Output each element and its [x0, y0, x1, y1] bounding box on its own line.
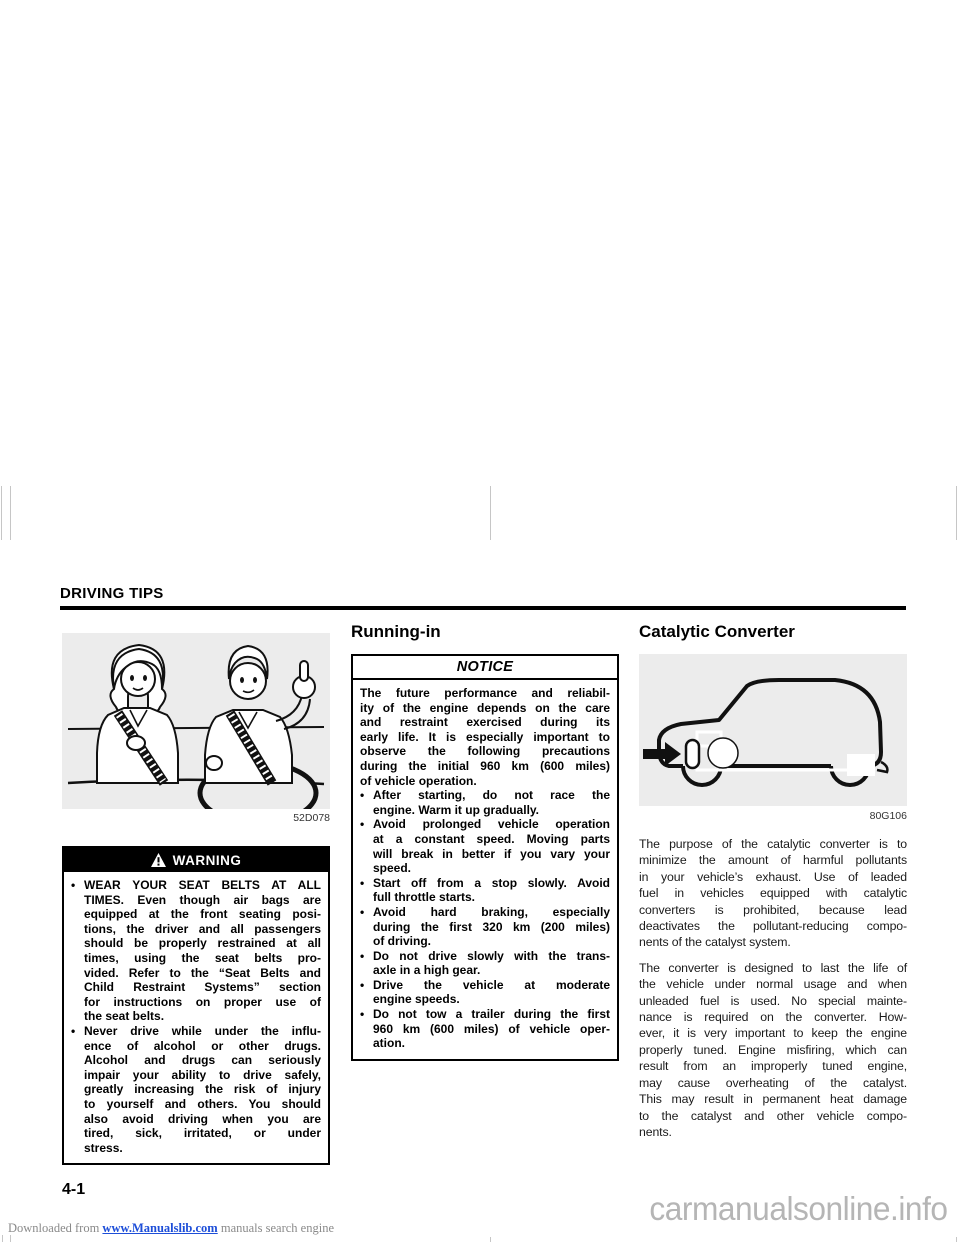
notice-bullet: • Do not tow a trailer during the first9…	[360, 1007, 610, 1051]
bullet-text: Avoid prolonged vehicle operationat a co…	[373, 817, 610, 875]
crop-mark	[10, 1235, 11, 1242]
catalytic-converter-marker	[686, 740, 699, 768]
notice-header: NOTICE	[353, 656, 617, 680]
crop-mark	[490, 486, 491, 540]
watermark: carmanualsonline.info	[650, 1190, 948, 1228]
bullet-text: Start off from a stop slowly. Avoidfull …	[373, 876, 610, 905]
notice-bullet: • Start off from a stop slowly. Avoidful…	[360, 876, 610, 905]
car-illustration	[639, 654, 907, 806]
notice-box: NOTICE The future performance and reliab…	[351, 654, 619, 1061]
notice-intro: The future performance and reliabil-ity …	[360, 686, 610, 788]
warning-bullet: • WEAR YOUR SEAT BELTS AT ALLTIMES. Even…	[71, 878, 321, 1024]
catalytic-heading: Catalytic Converter	[639, 622, 795, 642]
engine-component	[708, 738, 738, 768]
seatbelt-illustration	[62, 633, 330, 809]
bullet-text: Do not tow a trailer during the first960…	[373, 1007, 610, 1051]
warning-title: WARNING	[173, 853, 242, 868]
crop-mark	[1, 486, 2, 540]
manual-page: DRIVING TIPS	[0, 0, 960, 1242]
bullet-text: Avoid hard braking, especiallyduring the…	[373, 905, 610, 949]
bullet-text: Never drive while under the influ-ence o…	[84, 1024, 321, 1155]
footer-credit: Downloaded from www.Manualslib.com manua…	[8, 1221, 334, 1236]
footer-credit-suffix: manuals search engine	[221, 1221, 334, 1235]
notice-bullet: • Do not drive slowly with the trans-axl…	[360, 949, 610, 978]
notice-title: NOTICE	[457, 659, 514, 675]
crop-mark	[490, 1237, 491, 1242]
section-title: DRIVING TIPS	[60, 585, 164, 602]
catalytic-text: The purpose of the catalytic converter i…	[639, 836, 907, 1149]
bullet-marker: •	[71, 1024, 84, 1155]
bullet-marker: •	[360, 788, 373, 817]
page-number: 4-1	[62, 1181, 85, 1199]
muffler-box	[847, 754, 875, 776]
warning-bullet: • Never drive while under the influ-ence…	[71, 1024, 321, 1155]
bullet-marker: •	[360, 978, 373, 1007]
catalytic-paragraph: The purpose of the catalytic converter i…	[639, 836, 907, 951]
running-in-heading: Running-in	[351, 622, 441, 642]
crop-mark	[2, 1235, 3, 1242]
bullet-marker: •	[71, 878, 84, 1024]
section-rule	[60, 606, 906, 610]
bullet-marker: •	[360, 905, 373, 949]
figure-caption: 52D078	[62, 812, 330, 824]
notice-bullet: • After starting, do not race theengine.…	[360, 788, 610, 817]
notice-bullet: • Avoid prolonged vehicle operationat a …	[360, 817, 610, 875]
crop-mark	[956, 1237, 957, 1242]
bullet-text: Do not drive slowly with the trans-axle …	[373, 949, 610, 978]
warning-box: WARNING • WEAR YOUR SEAT BELTS AT ALLTIM…	[62, 846, 330, 1165]
bullet-text: WEAR YOUR SEAT BELTS AT ALLTIMES. Even t…	[84, 878, 321, 1024]
manualslib-link[interactable]: www.Manualslib.com	[102, 1221, 217, 1235]
crop-mark	[10, 486, 11, 540]
passenger-figure	[97, 645, 178, 783]
car-figure	[639, 654, 907, 806]
bullet-marker: •	[360, 876, 373, 905]
bullet-marker: •	[360, 817, 373, 875]
bullet-marker: •	[360, 1007, 373, 1051]
notice-bullet: • Drive the vehicle at moderateengine sp…	[360, 978, 610, 1007]
footer-credit-prefix: Downloaded from	[8, 1221, 99, 1235]
warning-header: WARNING	[64, 848, 328, 872]
crop-mark	[956, 486, 957, 540]
catalytic-paragraph: The converter is designed to last the li…	[639, 960, 907, 1140]
notice-body: The future performance and reliabil-ity …	[353, 680, 617, 1059]
figure-caption: 80G106	[639, 810, 907, 822]
driver-figure	[205, 646, 315, 783]
bullet-text: Drive the vehicle at moderateengine spee…	[373, 978, 610, 1007]
warning-body: • WEAR YOUR SEAT BELTS AT ALLTIMES. Even…	[64, 872, 328, 1163]
warning-triangle-icon	[151, 853, 166, 867]
bullet-marker: •	[360, 949, 373, 978]
notice-bullet: • Avoid hard braking, especiallyduring t…	[360, 905, 610, 949]
seatbelt-figure	[62, 633, 330, 809]
bullet-text: After starting, do not race theengine. W…	[373, 788, 610, 817]
